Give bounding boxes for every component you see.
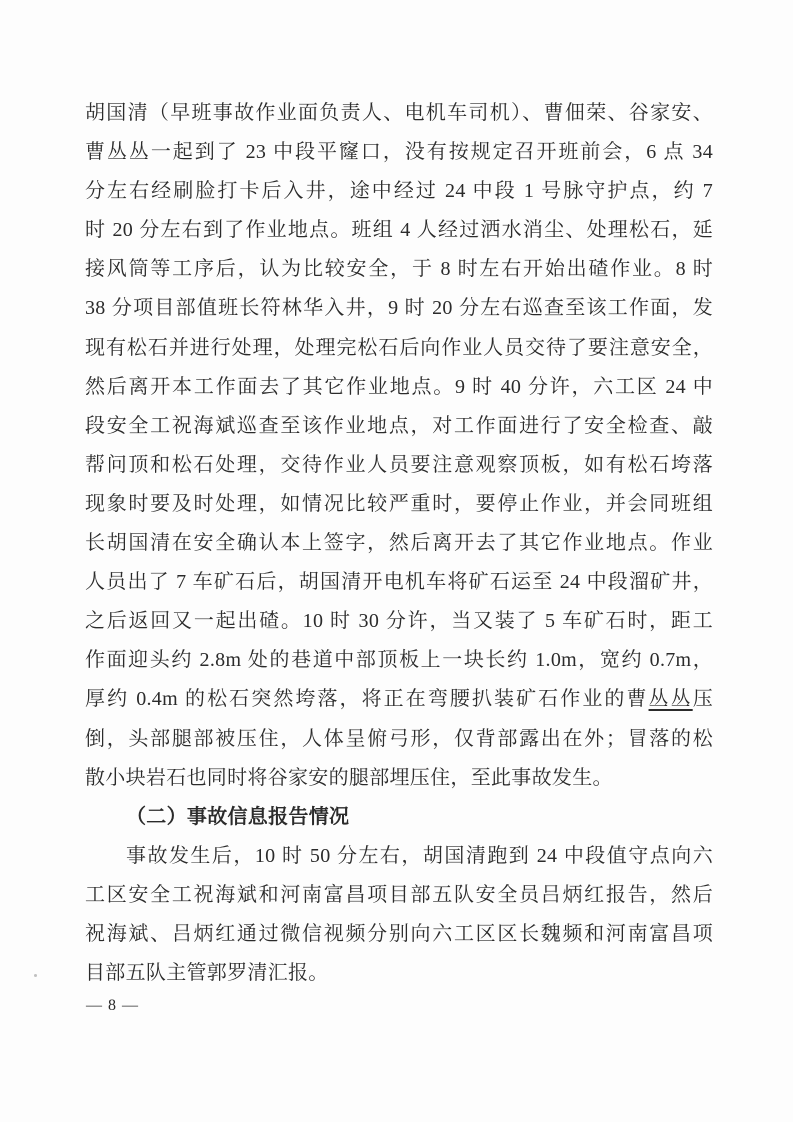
text-line: 散小块岩石也同时将谷家安的腿部埋压住，至此事故发生。	[85, 759, 713, 798]
text-segment: 压	[693, 688, 713, 710]
text-segment: 厚约 0.4m 的松石突然垮落，将正在弯腰扒装矿石作业的曹	[85, 688, 649, 710]
text-line: 祝海斌、吕炳红通过微信视频分别向六工区区长魏频和河南富昌项	[85, 915, 713, 954]
text-line: 长胡国清在安全确认本上签字，然后离开去了其它作业地点。作业	[85, 524, 713, 563]
scan-speck	[34, 974, 37, 977]
text-line: 工区安全工祝海斌和河南富昌项目部五队安全员吕炳红报告，然后	[85, 876, 713, 915]
text-line: 曹丛丛一起到了 23 中段平窿口，没有按规定召开班前会，6 点 34	[85, 133, 713, 172]
text-line: 倒，头部腿部被压住，人体呈俯弓形，仅背部露出在外；冒落的松	[85, 720, 713, 759]
document-page: 胡国清（早班事故作业面负责人、电机车司机）、曹佃荣、谷家安、 曹丛丛一起到了 2…	[0, 0, 793, 1122]
text-line: 作面迎头约 2.8m 处的巷道中部顶板上一块长约 1.0m，宽约 0.7m，	[85, 641, 713, 680]
text-line: 现有松石并进行处理，处理完松石后向作业人员交待了要注意安全，	[85, 329, 713, 368]
text-line: 胡国清（早班事故作业面负责人、电机车司机）、曹佃荣、谷家安、	[85, 94, 713, 133]
page-number: — 8 —	[86, 996, 139, 1016]
text-line: 事故发生后，10 时 50 分左右，胡国清跑到 24 中段值守点向六	[85, 837, 713, 876]
text-line: 段安全工祝海斌巡查至该作业地点，对工作面进行了安全检查、敲	[85, 407, 713, 446]
text-line: 然后离开本工作面去了其它作业地点。9 时 40 分许，六工区 24 中	[85, 368, 713, 407]
text-line: 接风筒等工序后，认为比较安全，于 8 时左右开始出碴作业。8 时	[85, 250, 713, 289]
page-body: 胡国清（早班事故作业面负责人、电机车司机）、曹佃荣、谷家安、 曹丛丛一起到了 2…	[85, 94, 713, 993]
text-line: 38 分项目部值班长符林华入井，9 时 20 分左右巡查至该工作面，发	[85, 289, 713, 328]
text-line: 分左右经刷脸打卡后入井，途中经过 24 中段 1 号脉守护点，约 7	[85, 172, 713, 211]
text-line: 现象时要及时处理，如情况比较严重时，要停止作业，并会同班组	[85, 485, 713, 524]
text-line: 之后返回又一起出碴。10 时 30 分许，当又装了 5 车矿石时，距工	[85, 602, 713, 641]
text-line: 人员出了 7 车矿石后，胡国清开电机车将矿石运至 24 中段溜矿井，	[85, 563, 713, 602]
section-heading: （二）事故信息报告情况	[85, 798, 713, 837]
text-line: 目部五队主管郭罗清汇报。	[85, 954, 713, 993]
text-line: 厚约 0.4m 的松石突然垮落，将正在弯腰扒装矿石作业的曹丛丛压	[85, 680, 713, 719]
underlined-person-name: 丛丛	[649, 688, 693, 710]
text-line: 帮问顶和松石处理，交待作业人员要注意观察顶板，如有松石垮落	[85, 446, 713, 485]
text-line: 时 20 分左右到了作业地点。班组 4 人经过洒水消尘、处理松石，延	[85, 211, 713, 250]
